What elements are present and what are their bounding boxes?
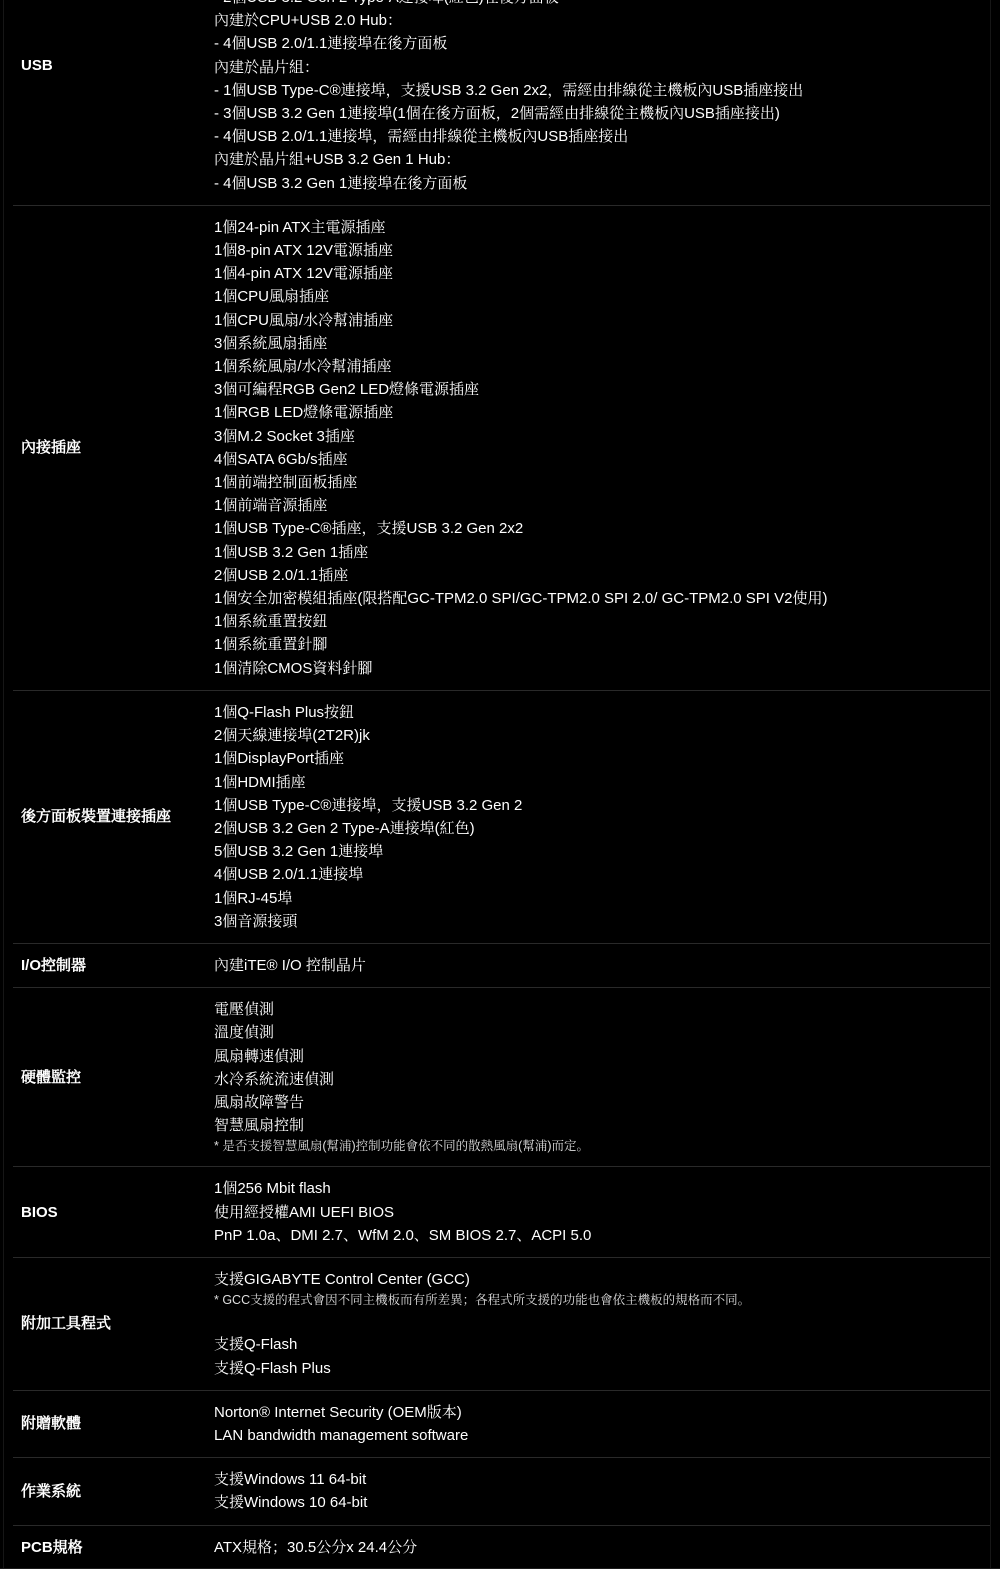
spec-row-8: 附贈軟體 Norton® Internet Security (OEM版本)LA…	[4, 1391, 990, 1457]
spec-line: 1個24-pin ATX主電源插座	[214, 216, 990, 239]
spec-line: 1個USB Type-C®連接埠，支援USB 3.2 Gen 2	[214, 794, 990, 817]
spec-row-5: 硬體監控 電壓偵測溫度偵測風扇轉速偵測水冷系統流速偵測風扇故障警告智慧風扇控制*…	[4, 988, 990, 1166]
spec-line: 1個4-pin ATX 12V電源插座	[214, 262, 990, 285]
spec-line: - 4個USB 2.0/1.1連接埠，需經由排線從主機板內USB插座接出	[214, 125, 990, 148]
spec-line: 4個USB 2.0/1.1連接埠	[214, 863, 990, 886]
spec-line: 1個Q-Flash Plus按鈕	[214, 701, 990, 724]
spec-line: - 4個USB 3.2 Gen 1連接埠在後方面板	[214, 172, 990, 195]
spec-line: 內建於晶片組+USB 3.2 Gen 1 Hub：	[214, 148, 990, 171]
spec-row-2: 內接插座 1個24-pin ATX主電源插座1個8-pin ATX 12V電源插…	[4, 206, 990, 690]
spec-row-content: Norton® Internet Security (OEM版本)LAN ban…	[214, 1401, 990, 1447]
spec-line: 內建於CPU+USB 2.0 Hub：	[214, 9, 990, 32]
spec-line: 風扇故障警告	[214, 1091, 990, 1114]
spec-line: 支援Q-Flash Plus	[214, 1357, 990, 1380]
spec-footnote: * GCC支援的程式會因不同主機板而有所差異；各程式所支援的功能也會依主機板的規…	[214, 1291, 990, 1310]
spec-line: 1個前端音源插座	[214, 494, 990, 517]
spec-line: 1個系統風扇/水冷幫浦插座	[214, 355, 990, 378]
spec-row-label: USB	[4, 54, 214, 77]
spec-line: 3個音源接頭	[214, 910, 990, 933]
spec-line: 1個USB Type-C®插座，支援USB 3.2 Gen 2x2	[214, 517, 990, 540]
spec-row-label: 後方面板裝置連接插座	[4, 805, 214, 828]
spec-line: 1個8-pin ATX 12V電源插座	[214, 239, 990, 262]
spec-row-label: 硬體監控	[4, 1066, 214, 1089]
spec-line	[214, 1310, 990, 1333]
spec-row-9: 作業系統 支援Windows 11 64-bit支援Windows 10 64-…	[4, 1458, 990, 1524]
spec-row-label: 附贈軟體	[4, 1412, 214, 1435]
spec-line: 溫度偵測	[214, 1021, 990, 1044]
spec-line: Norton® Internet Security (OEM版本)	[214, 1401, 990, 1424]
spec-row-content: 1個24-pin ATX主電源插座1個8-pin ATX 12V電源插座1個4-…	[214, 216, 990, 680]
spec-row-label: 附加工具程式	[4, 1312, 214, 1335]
spec-row-content: 支援Windows 11 64-bit支援Windows 10 64-bit	[214, 1468, 990, 1514]
spec-footnote: * 是否支援智慧風扇(幫浦)控制功能會依不同的散熱風扇(幫浦)而定。	[214, 1137, 990, 1156]
spec-row-label: 作業系統	[4, 1480, 214, 1503]
spec-line: 智慧風扇控制	[214, 1114, 990, 1137]
spec-line: 1個前端控制面板插座	[214, 471, 990, 494]
spec-line: 1個DisplayPort插座	[214, 747, 990, 770]
spec-line: 1個256 Mbit flash	[214, 1177, 990, 1200]
spec-row-label: I/O控制器	[4, 954, 214, 977]
spec-line: 使用經授權AMI UEFI BIOS	[214, 1201, 990, 1224]
spec-line: 3個系統風扇插座	[214, 332, 990, 355]
spec-line: 水冷系統流速偵測	[214, 1068, 990, 1091]
spec-line: 內建於晶片組：	[214, 56, 990, 79]
spec-row-content: 支援GIGABYTE Control Center (GCC)* GCC支援的程…	[214, 1268, 990, 1380]
spec-row-10: PCB規格 ATX規格；30.5公分x 24.4公分	[4, 1526, 990, 1569]
spec-line: - 1個USB Type-C®連接埠，支援USB 3.2 Gen 2x2，需經由…	[214, 79, 990, 102]
spec-line: 1個清除CMOS資料針腳	[214, 657, 990, 680]
spec-line: - 3個USB 3.2 Gen 1連接埠(1個在後方面板，2個需經由排線從主機板…	[214, 102, 990, 125]
spec-line: 支援Q-Flash	[214, 1333, 990, 1356]
spec-row-content: ATX規格；30.5公分x 24.4公分	[214, 1536, 990, 1559]
spec-line: 風扇轉速偵測	[214, 1045, 990, 1068]
spec-line: - 4個USB 2.0/1.1連接埠在後方面板	[214, 32, 990, 55]
spec-line: 支援Windows 10 64-bit	[214, 1491, 990, 1514]
spec-row-content: - 2個USB 3.2 Gen 2 Type-A連接埠(紅色)在後方面板內建於C…	[214, 10, 990, 195]
spec-line: 支援Windows 11 64-bit	[214, 1468, 990, 1491]
spec-line: 2個USB 2.0/1.1插座	[214, 564, 990, 587]
spec-line: - 2個USB 3.2 Gen 2 Type-A連接埠(紅色)在後方面板	[214, 0, 990, 9]
spec-line: LAN bandwidth management software	[214, 1424, 990, 1447]
spec-row-6: BIOS 1個256 Mbit flash使用經授權AMI UEFI BIOSP…	[4, 1167, 990, 1257]
spec-line: 2個USB 3.2 Gen 2 Type-A連接埠(紅色)	[214, 817, 990, 840]
spec-line: 1個CPU風扇/水冷幫浦插座	[214, 309, 990, 332]
spec-line: 1個系統重置針腳	[214, 633, 990, 656]
spec-line: 內建iTE® I/O 控制晶片	[214, 954, 990, 977]
spec-line: 4個SATA 6Gb/s插座	[214, 448, 990, 471]
spec-row-3: 後方面板裝置連接插座 1個Q-Flash Plus按鈕2個天線連接埠(2T2R)…	[4, 691, 990, 943]
spec-row-content: 內建iTE® I/O 控制晶片	[214, 954, 990, 977]
spec-line: 5個USB 3.2 Gen 1連接埠	[214, 840, 990, 863]
spec-row-content: 1個Q-Flash Plus按鈕2個天線連接埠(2T2R)jk1個Display…	[214, 701, 990, 933]
spec-line: 1個系統重置按鈕	[214, 610, 990, 633]
spec-row-label: PCB規格	[4, 1536, 214, 1559]
spec-line: ATX規格；30.5公分x 24.4公分	[214, 1536, 990, 1559]
spec-row-7: 附加工具程式 支援GIGABYTE Control Center (GCC)* …	[4, 1258, 990, 1390]
spec-line: 1個RGB LED燈條電源插座	[214, 401, 990, 424]
spec-line: 電壓偵測	[214, 998, 990, 1021]
spec-line: 3個M.2 Socket 3插座	[214, 425, 990, 448]
spec-line: 1個HDMI插座	[214, 771, 990, 794]
spec-row-4: I/O控制器 內建iTE® I/O 控制晶片	[4, 944, 990, 987]
spec-line: 1個安全加密模組插座(限搭配GC-TPM2.0 SPI/GC-TPM2.0 SP…	[214, 587, 990, 610]
spec-row-label: BIOS	[4, 1201, 214, 1224]
spec-line: 1個CPU風扇插座	[214, 285, 990, 308]
spec-line: 支援GIGABYTE Control Center (GCC)	[214, 1268, 990, 1291]
spec-row-content: 1個256 Mbit flash使用經授權AMI UEFI BIOSPnP 1.…	[214, 1177, 990, 1247]
spec-row-label: 內接插座	[4, 436, 214, 459]
spec-line: 1個USB 3.2 Gen 1插座	[214, 541, 990, 564]
spec-row-content: 電壓偵測溫度偵測風扇轉速偵測水冷系統流速偵測風扇故障警告智慧風扇控制* 是否支援…	[214, 998, 990, 1156]
spec-line: 1個RJ-45埠	[214, 887, 990, 910]
spec-table: USB - 2個USB 3.2 Gen 2 Type-A連接埠(紅色)在後方面板…	[3, 0, 991, 1569]
spec-line: 2個天線連接埠(2T2R)jk	[214, 724, 990, 747]
spec-row-1: USB - 2個USB 3.2 Gen 2 Type-A連接埠(紅色)在後方面板…	[4, 0, 990, 205]
spec-page: USB - 2個USB 3.2 Gen 2 Type-A連接埠(紅色)在後方面板…	[0, 0, 1000, 1569]
spec-line: PnP 1.0a、DMI 2.7、WfM 2.0、SM BIOS 2.7、ACP…	[214, 1224, 990, 1247]
spec-line: 3個可編程RGB Gen2 LED燈條電源插座	[214, 378, 990, 401]
